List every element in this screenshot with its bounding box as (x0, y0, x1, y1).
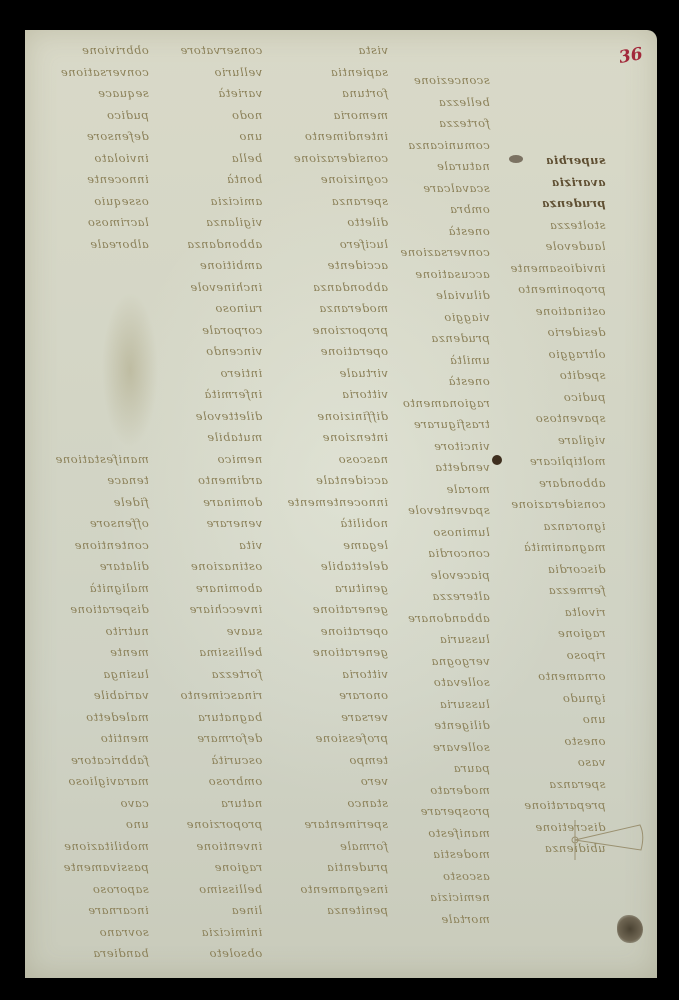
manuscript-page: 36 obbrivioneconversationesequacepudicod… (25, 30, 657, 978)
manuscript-word: vittoria (287, 389, 388, 411)
manuscript-word: oscurità (180, 755, 262, 777)
manuscript-word: bagnatura (180, 712, 262, 734)
manuscript-word: luminoso (400, 527, 490, 549)
manuscript-word: insegnamento (287, 884, 388, 906)
manuscript-word: bellissima (180, 647, 262, 669)
manuscript-word: diletto (287, 217, 388, 239)
manuscript-word (55, 432, 149, 454)
manuscript-word: genitura (287, 583, 388, 605)
manuscript-word: onesto (510, 736, 606, 758)
ink-blot (492, 455, 502, 465)
manuscript-word: lusinga (55, 669, 149, 691)
manuscript-word: proporzione (180, 819, 262, 841)
manuscript-word: desiderio (510, 327, 606, 349)
manuscript-word: suave (180, 626, 262, 648)
manuscript-word: sconcezione (400, 75, 490, 97)
manuscript-word: ignudo (510, 693, 606, 715)
manuscript-word: intendimento (287, 131, 388, 153)
manuscript-word: naturale (400, 161, 490, 183)
manuscript-word: moderanza (287, 303, 388, 325)
manuscript-word: nobilità (287, 518, 388, 540)
manuscript-word: accidente (287, 260, 388, 282)
word-column-5: superbiaavariziaprudenzastoltezzalaudevo… (510, 155, 606, 865)
manuscript-word (55, 368, 149, 390)
manuscript-word: cavo (55, 798, 149, 820)
manuscript-word: fabbricatore (55, 755, 149, 777)
manuscript-word: abbondanza (180, 239, 262, 261)
manuscript-word: umiltà (400, 355, 490, 377)
manuscript-word: diluviale (400, 290, 490, 312)
manuscript-word: cognizione (287, 174, 388, 196)
manuscript-word: defensore (55, 131, 149, 153)
manuscript-word: innocentemente (287, 497, 388, 519)
manuscript-word: natura (180, 798, 262, 820)
manuscript-word: vigilare (510, 435, 606, 457)
manuscript-word: obsoleto (180, 948, 262, 970)
manuscript-word: prudenza (510, 198, 606, 220)
manuscript-word: variabile (55, 690, 149, 712)
manuscript-word: vista (287, 45, 388, 67)
manuscript-word: versare (287, 712, 388, 734)
manuscript-word: sapientia (287, 67, 388, 89)
manuscript-word: prosperare (400, 806, 490, 828)
manuscript-word: proporzione (287, 325, 388, 347)
manuscript-word: mente (55, 647, 149, 669)
manuscript-word: nemicizia (400, 892, 490, 914)
manuscript-word: paura (400, 763, 490, 785)
manuscript-word: malignità (55, 583, 149, 605)
manuscript-word: abbandonare (400, 613, 490, 635)
manuscript-word: bellezza (400, 97, 490, 119)
manuscript-word: spaventoso (510, 413, 606, 435)
manuscript-word: ragionamento (400, 398, 490, 420)
manuscript-word: venerare (180, 518, 262, 540)
manuscript-word: mentito (55, 733, 149, 755)
manuscript-word: conservatore (180, 45, 262, 67)
manuscript-word: spaventevole (400, 505, 490, 527)
manuscript-word: ostinatione (510, 306, 606, 328)
manuscript-word: corporale (180, 325, 262, 347)
manuscript-word: uno (55, 819, 149, 841)
manuscript-word: tenace (55, 475, 149, 497)
manuscript-word: memoria (287, 110, 388, 132)
manuscript-word: dilettevole (180, 411, 262, 433)
word-column-4: sconcezionebellezzafortezzacomunicanzana… (400, 75, 490, 935)
manuscript-word: oltraggio (510, 349, 606, 371)
manuscript-word: speranza (287, 196, 388, 218)
manuscript-word: nutrito (55, 626, 149, 648)
manuscript-word: viaggio (400, 312, 490, 334)
word-column-3: vistasapientiafortunamemoriaintendimento… (287, 45, 388, 927)
manuscript-word: nascoso (287, 454, 388, 476)
manuscript-word: moltiplicare (510, 456, 606, 478)
manuscript-word: pudico (55, 110, 149, 132)
manuscript-word: bella (180, 153, 262, 175)
manuscript-word: spedito (510, 370, 606, 392)
manuscript-word: tempo (287, 755, 388, 777)
manuscript-word: virtuale (287, 368, 388, 390)
manuscript-word: inimicizia (180, 927, 262, 949)
manuscript-word: vaso (510, 757, 606, 779)
manuscript-word: accusatione (400, 269, 490, 291)
manuscript-word: moderato (400, 785, 490, 807)
manuscript-word: lacrimoso (55, 217, 149, 239)
manuscript-word: laudevole (510, 241, 606, 263)
manuscript-word: onestà (400, 376, 490, 398)
manuscript-word: sperimentare (287, 819, 388, 841)
manuscript-word: ornamento (510, 671, 606, 693)
manuscript-word: diligente (400, 720, 490, 742)
manuscript-word: nodo (180, 110, 262, 132)
word-column-1: obbrivioneconversationesequacepudicodefe… (55, 45, 149, 970)
manuscript-word: obbrivione (55, 45, 149, 67)
manuscript-word: stanco (287, 798, 388, 820)
manuscript-word: ossequio (55, 196, 149, 218)
manuscript-word: onestà (400, 226, 490, 248)
manuscript-word: varietà (180, 88, 262, 110)
manuscript-word: onorare (287, 690, 388, 712)
manuscript-word: professione (287, 733, 388, 755)
manuscript-word: piacevole (400, 570, 490, 592)
manuscript-word: modestia (400, 849, 490, 871)
manuscript-word: uno (180, 131, 262, 153)
manuscript-word (55, 389, 149, 411)
manuscript-word: manifestatione (55, 454, 149, 476)
manuscript-word (55, 303, 149, 325)
manuscript-word: rinascimento (180, 690, 262, 712)
manuscript-word: intiero (180, 368, 262, 390)
manuscript-word: bandiera (55, 948, 149, 970)
manuscript-word: ragione (180, 862, 262, 884)
manuscript-word: saporoso (55, 884, 149, 906)
manuscript-word: rivolta (510, 607, 606, 629)
manuscript-word: vittoria (287, 669, 388, 691)
manuscript-word: mobilitazione (55, 841, 149, 863)
manuscript-word: incarnare (55, 905, 149, 927)
manuscript-word: avarizia (510, 177, 606, 199)
manuscript-word: abbondanza (287, 282, 388, 304)
manuscript-word: sovrano (55, 927, 149, 949)
manuscript-word (55, 411, 149, 433)
manuscript-word: deformare (180, 733, 262, 755)
manuscript-word: discordia (510, 564, 606, 586)
manuscript-word: dominare (180, 497, 262, 519)
manuscript-word: lussuria (400, 699, 490, 721)
manuscript-word: operatione (287, 346, 388, 368)
manuscript-word: fortezza (400, 118, 490, 140)
manuscript-word: conversazione (400, 247, 490, 269)
manuscript-word: ignoranza (510, 521, 606, 543)
manuscript-word: lucifero (287, 239, 388, 261)
manuscript-word: dilatare (55, 561, 149, 583)
manuscript-word: fortezza (180, 669, 262, 691)
manuscript-word: proponimento (510, 284, 606, 306)
folio-number: 36 (618, 44, 645, 68)
manuscript-word: ruinoso (180, 303, 262, 325)
manuscript-word: vero (287, 776, 388, 798)
manuscript-word: operatione (287, 626, 388, 648)
manuscript-word: ardimento (180, 475, 262, 497)
manuscript-word (55, 325, 149, 347)
manuscript-word: penitenza (287, 905, 388, 927)
manuscript-word: ambitione (180, 260, 262, 282)
manuscript-word: accidentale (287, 475, 388, 497)
cone-sketch-drawing (565, 815, 645, 865)
manuscript-word: sequace (55, 88, 149, 110)
manuscript-word: concordia (400, 548, 490, 570)
manuscript-word: maraviglioso (55, 776, 149, 798)
manuscript-word: ombroso (180, 776, 262, 798)
manuscript-word: ascosto (400, 871, 490, 893)
manuscript-word: fidele (55, 497, 149, 519)
manuscript-word: disperatione (55, 604, 149, 626)
manuscript-word: sollevare (400, 742, 490, 764)
manuscript-word (55, 260, 149, 282)
manuscript-word: considerazione (510, 499, 606, 521)
manuscript-word: fermezza (510, 585, 606, 607)
manuscript-word (55, 346, 149, 368)
ink-blot (509, 155, 523, 163)
manuscript-word: lussuria (400, 634, 490, 656)
manuscript-word: prudenza (400, 333, 490, 355)
stain-mark (617, 915, 643, 943)
manuscript-word: bontà (180, 174, 262, 196)
manuscript-word: inchinevole (180, 282, 262, 304)
manuscript-word: ragione (510, 628, 606, 650)
manuscript-word: considerazione (287, 153, 388, 175)
manuscript-word: uno (510, 714, 606, 736)
word-column-2: conservatorevelluriovarietànodounobellab… (180, 45, 262, 970)
manuscript-word: generatione (287, 604, 388, 626)
manuscript-word: formale (287, 841, 388, 863)
manuscript-word: mortale (400, 914, 490, 936)
manuscript-word: legame (287, 540, 388, 562)
manuscript-word: conversatione (55, 67, 149, 89)
manuscript-word: pudico (510, 392, 606, 414)
manuscript-word: speranza (510, 779, 606, 801)
manuscript-word: inviolato (55, 153, 149, 175)
manuscript-word: manifesto (400, 828, 490, 850)
manuscript-word: bellissimo (180, 884, 262, 906)
manuscript-word: innocente (55, 174, 149, 196)
manuscript-word: abbondare (510, 478, 606, 500)
manuscript-word: comunicanza (400, 140, 490, 162)
manuscript-word: vincitore (400, 441, 490, 463)
manuscript-word: intenzione (287, 432, 388, 454)
manuscript-word: delettabile (287, 561, 388, 583)
manuscript-word: alterezza (400, 591, 490, 613)
manuscript-word: contentione (55, 540, 149, 562)
manuscript-word: mutabile (180, 432, 262, 454)
manuscript-word: scavalcare (400, 183, 490, 205)
manuscript-word: abominare (180, 583, 262, 605)
manuscript-word: superbia (510, 155, 606, 177)
manuscript-word (55, 282, 149, 304)
manuscript-word: nemico (180, 454, 262, 476)
manuscript-word: alboreale (55, 239, 149, 261)
manuscript-word: inventione (180, 841, 262, 863)
manuscript-word: sollevato (400, 677, 490, 699)
manuscript-word: generatione (287, 647, 388, 669)
manuscript-word: morale (400, 484, 490, 506)
manuscript-word: vendetta (400, 462, 490, 484)
manuscript-word: ostinazione (180, 561, 262, 583)
manuscript-word: riposo (510, 650, 606, 672)
manuscript-word: invecchiare (180, 604, 262, 626)
manuscript-word: prudentia (287, 862, 388, 884)
manuscript-word: offensore (55, 518, 149, 540)
manuscript-word: infermità (180, 389, 262, 411)
manuscript-word: vigilanza (180, 217, 262, 239)
manuscript-word: fortuna (287, 88, 388, 110)
manuscript-word: ombra (400, 204, 490, 226)
manuscript-word: maledetto (55, 712, 149, 734)
manuscript-word: trasfigurare (400, 419, 490, 441)
manuscript-word: invidiosamente (510, 263, 606, 285)
manuscript-word: vincendo (180, 346, 262, 368)
manuscript-word: passivamente (55, 862, 149, 884)
manuscript-word: diffinizione (287, 411, 388, 433)
manuscript-word: vellurio (180, 67, 262, 89)
manuscript-word: vergogna (400, 656, 490, 678)
manuscript-word: stoltezza (510, 220, 606, 242)
manuscript-word: vita (180, 540, 262, 562)
manuscript-word: linea (180, 905, 262, 927)
manuscript-word: magnanimità (510, 542, 606, 564)
manuscript-word: amicizia (180, 196, 262, 218)
